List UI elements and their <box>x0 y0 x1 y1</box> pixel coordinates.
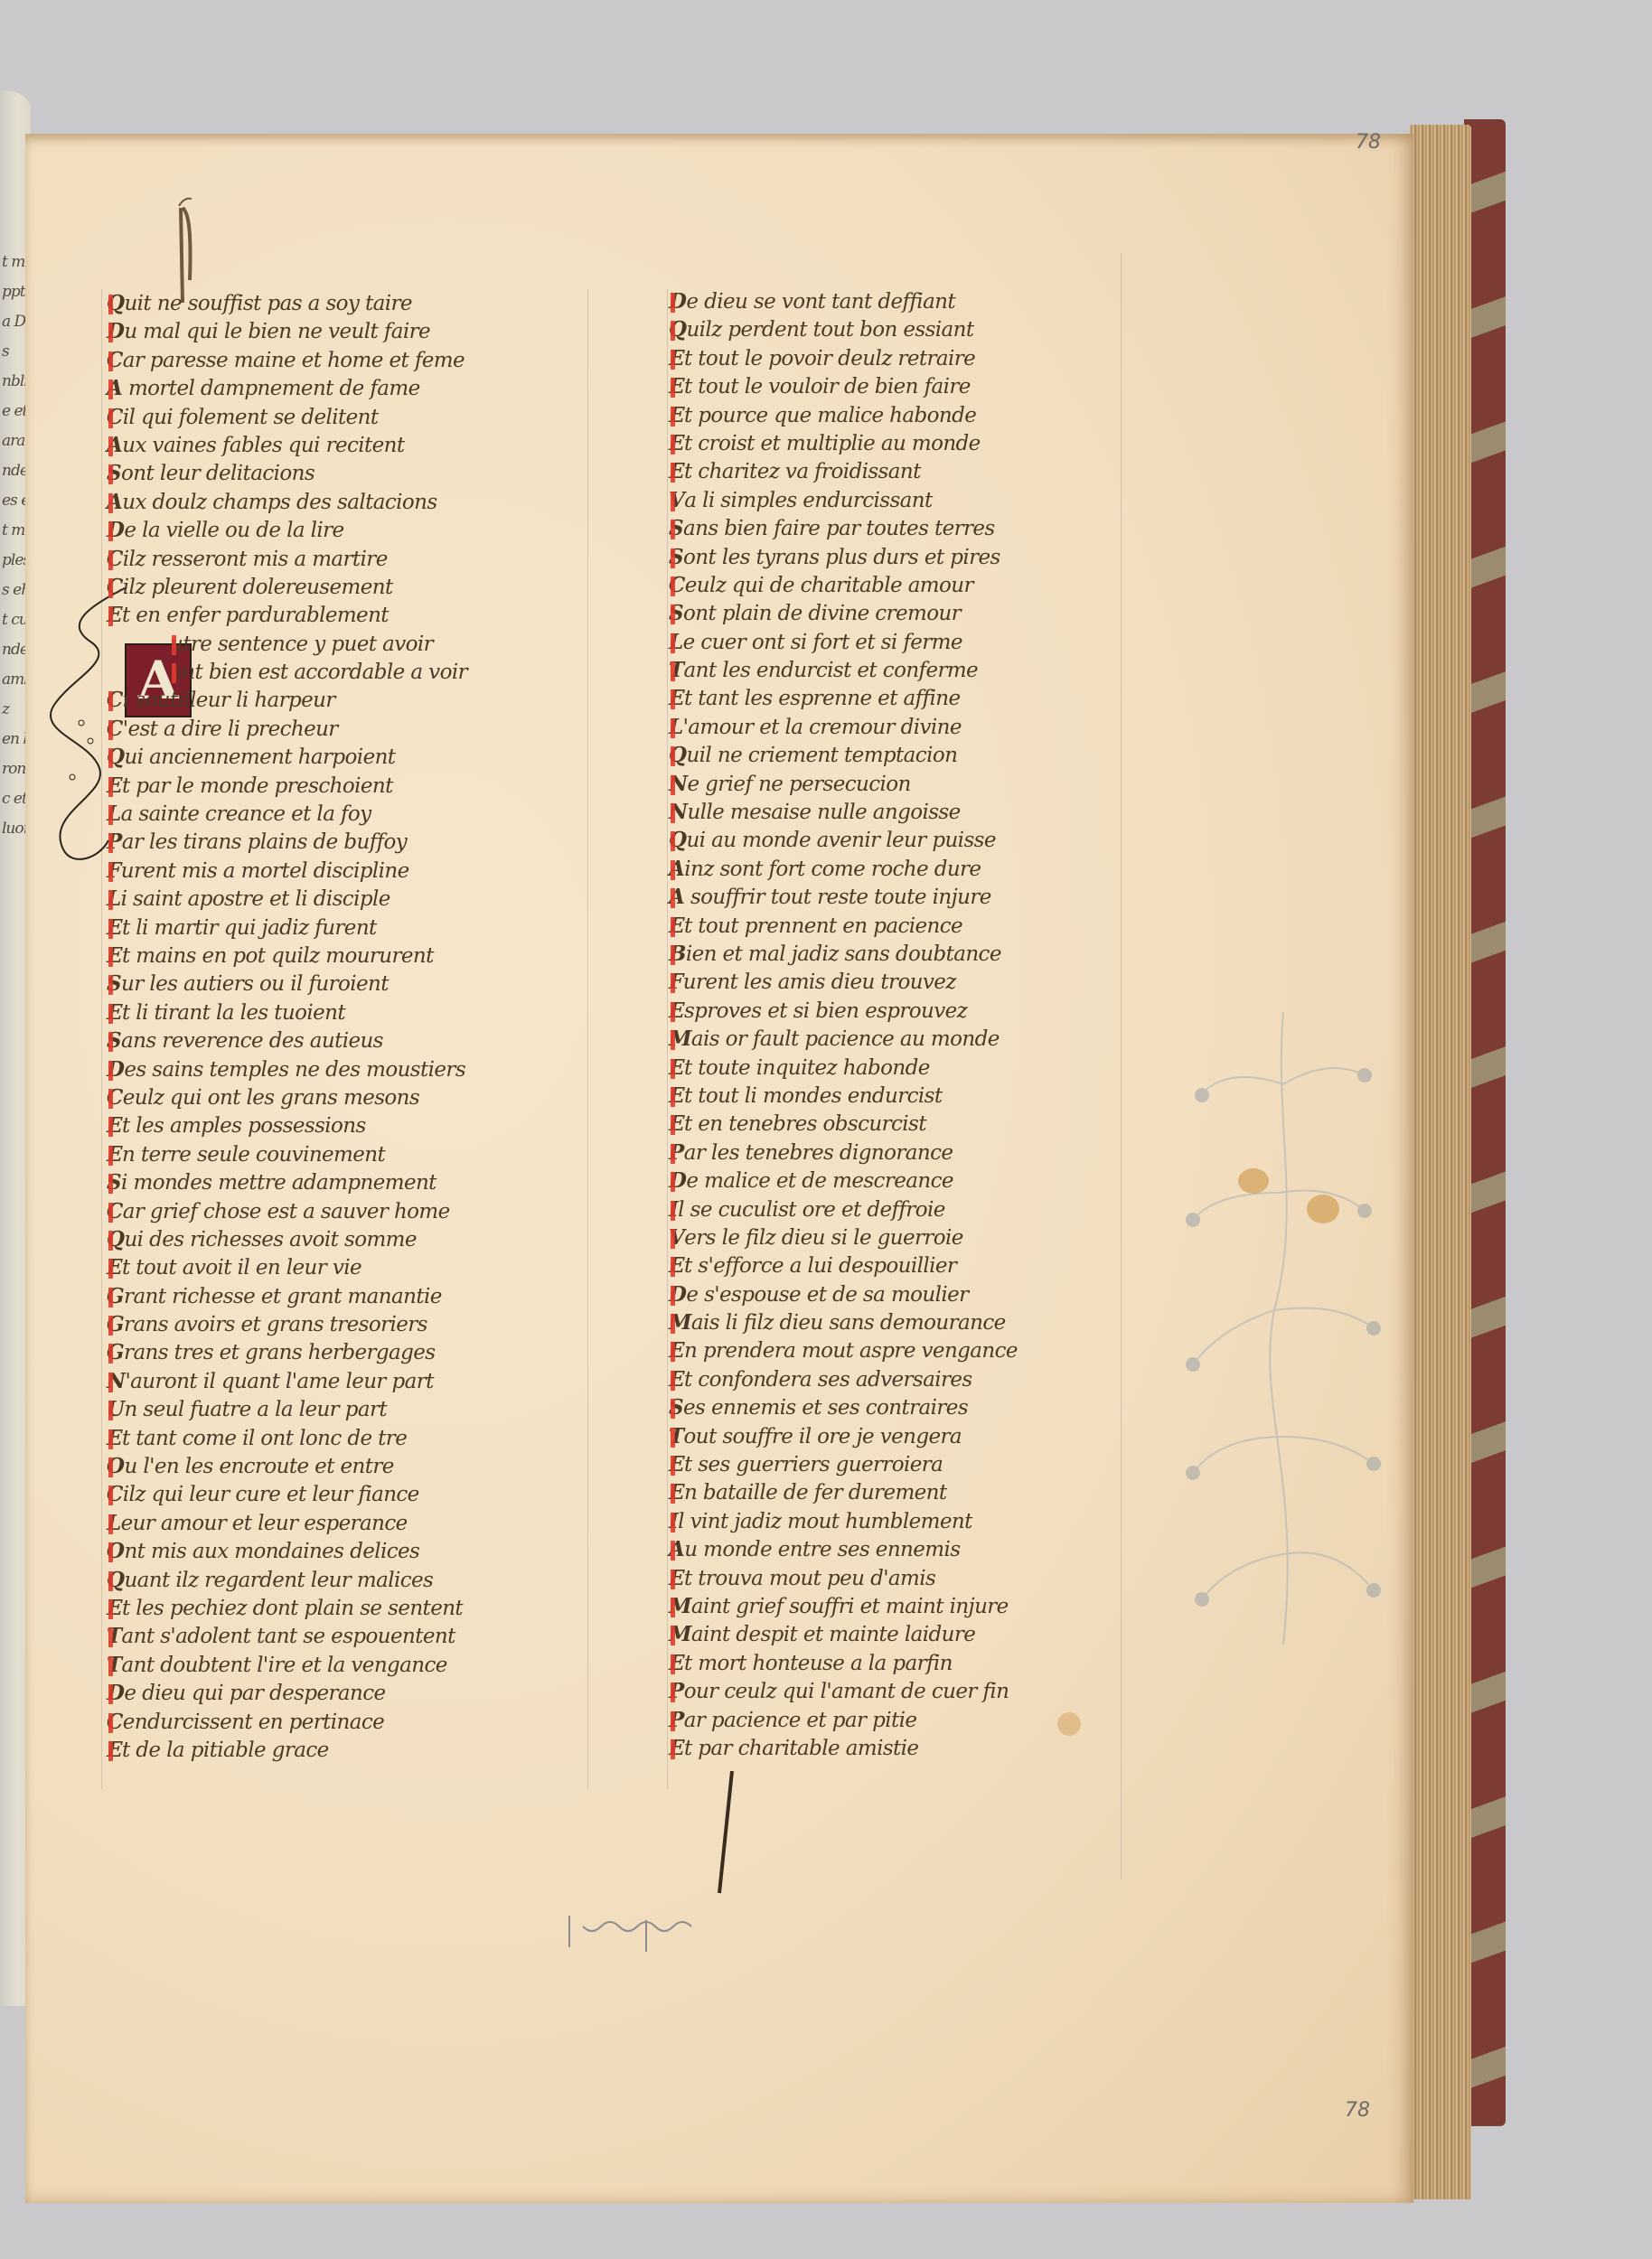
verse-text: l se cuculist ore et deffroie <box>678 1198 945 1222</box>
verse-text: u monde entre ses ennemis <box>684 1538 960 1561</box>
verse-line: Et de la pitiable grace <box>107 1736 595 1764</box>
rubricated-capital: C <box>669 573 685 597</box>
verse-line: Et par le monde preschoient <box>107 772 595 800</box>
rubricated-capital: C <box>107 1482 123 1506</box>
verse-text: t li tirant la les tuoient <box>122 1001 345 1025</box>
verse-text: ar pacience et par pitie <box>684 1709 917 1732</box>
verse-line: Sans bien faire par toutes terres <box>669 514 1139 542</box>
verse-text: t en tenebres obscurcist <box>684 1112 926 1136</box>
verse-text: ant les endurcist et conferme <box>684 659 979 682</box>
rubricated-capital: M <box>669 1622 691 1646</box>
verse-line: Et en tenebres obscurcist <box>669 1110 1139 1138</box>
verse-text: t tout prennent en pacience <box>684 914 962 938</box>
rubricated-capital: Q <box>107 1227 124 1251</box>
verse-line: Et ses guerriers guerroiera <box>669 1450 1139 1478</box>
verse-text: ans reverence des autieus <box>121 1029 383 1053</box>
rubricated-capital: A <box>107 433 122 457</box>
verse-text: inz sont fort come roche dure <box>684 858 981 881</box>
verse-text: ui des richesses avoit somme <box>124 1228 416 1251</box>
verse-text: t charitez va froidissant <box>684 460 921 483</box>
verse-text: nt mis aux mondaines delices <box>124 1540 419 1563</box>
verse-line: Des sains temples ne des moustiers <box>107 1055 595 1083</box>
verse-line: Et li tirant la les tuoient <box>107 998 595 1026</box>
rubricated-capital: E <box>669 1083 684 1108</box>
rubricated-capital: D <box>107 1681 124 1705</box>
verse-text: n seul fuatre a la leur part <box>124 1398 387 1421</box>
rubricated-capital: D <box>107 1057 124 1082</box>
verse-line: Mais or fault pacience au monde <box>669 1025 1139 1053</box>
verse-line: A souffrir tout reste toute injure <box>669 883 1139 911</box>
verse-text: t les pechiez dont plain se sentent <box>122 1597 463 1620</box>
verse-line: Tant les endurcist et conferme <box>669 656 1139 684</box>
verse-line: Cil qui folement se delitent <box>107 403 595 431</box>
folio-number-bottom: 78 <box>1345 2099 1370 2122</box>
rubricated-capital: C <box>107 348 123 372</box>
rubricated-capital: S <box>669 516 683 540</box>
verse-line: Cilz qui leur cure et leur fiance <box>107 1480 595 1508</box>
verse-line: Grans avoirs et grans tresoriers <box>107 1310 595 1338</box>
verse-text: eur amour et leur esperance <box>121 1512 408 1535</box>
verse-line: Grant richesse et grant manantie <box>107 1282 595 1310</box>
rubricated-capital: S <box>107 1028 121 1053</box>
rubricated-capital: P <box>107 830 122 854</box>
verse-text: t tant les esprenne et affine <box>684 687 961 710</box>
rubricated-capital: Q <box>669 317 686 342</box>
verse-text: t en enfer pardurablement <box>122 604 389 627</box>
verse-text: our ceulz qui l'amant de cuer fin <box>684 1680 1009 1703</box>
verse-line: Cilz resseront mis a martire <box>107 545 595 573</box>
descender-stroke <box>714 1771 741 1898</box>
verse-text: n prendera mout aspre vengance <box>684 1339 1018 1363</box>
rubricated-capital: V <box>669 488 684 512</box>
verse-line: Et toute inquitez habonde <box>669 1054 1139 1082</box>
verse-line: Maint despit et mainte laidure <box>669 1620 1139 1648</box>
verse-line: Tant doubtent l'ire et la vengance <box>107 1651 595 1679</box>
verse-line: Leur amour et leur esperance <box>107 1509 595 1537</box>
rubricated-capital: A <box>107 376 122 400</box>
rubricated-capital: E <box>669 1111 684 1136</box>
rubricated-capital: E <box>669 686 684 710</box>
verse-line: Et confondera ses adversaires <box>669 1365 1139 1393</box>
rubricated-capital: S <box>107 1170 121 1195</box>
verse-text: rans tres et grans herbergages <box>124 1341 435 1364</box>
verse-line: Si mondes mettre adampnement <box>107 1168 595 1196</box>
verse-text: urent les amis dieu trouvez <box>683 970 956 994</box>
rubricated-capital: E <box>107 1142 122 1167</box>
verse-text: ar grief chose est a sauver home <box>123 1200 450 1223</box>
verse-text: a li simples endurcissant <box>684 489 932 512</box>
stain-spot <box>1307 1195 1339 1223</box>
pencil-inscription-icon <box>551 1907 696 1952</box>
verse-text: eulz qui ont les grans mesons <box>123 1086 419 1110</box>
rubricated-capital: E <box>669 403 684 427</box>
verse-text: out souffre il ore je vengera <box>684 1425 962 1448</box>
verse-line: Et les amples possessions <box>107 1111 595 1139</box>
folio-number-top: 78 <box>1356 131 1381 154</box>
rubricated-capital: E <box>107 1426 122 1450</box>
verse-line: Et tout li mondes endurcist <box>669 1082 1139 1110</box>
rubricated-capital: C <box>107 575 123 599</box>
verse-text: ers le filz dieu si le guerroie <box>684 1226 963 1250</box>
verse-line: Par les tirans plains de buffoy <box>107 828 595 856</box>
verse-text: u mal qui le bien ne veult faire <box>124 320 430 343</box>
rubricated-capital: P <box>669 1679 684 1703</box>
verse-line: Il se cuculist ore et deffroie <box>669 1195 1139 1223</box>
verse-line: De dieu qui par desperance <box>107 1679 595 1707</box>
rubricated-capital: T <box>669 1424 684 1448</box>
verse-line: Quit ne souffist pas a soy taire <box>107 289 595 317</box>
verse-text: il qui folement se delitent <box>123 406 379 429</box>
verse-line: L'amour et la cremour divine <box>669 713 1139 741</box>
verse-line: Et tant les esprenne et affine <box>669 684 1139 712</box>
verse-line: Vers le filz dieu si le guerroie <box>669 1223 1139 1251</box>
verse-line: Tout souffre il ore je vengera <box>669 1422 1139 1450</box>
rubricated-capital: E <box>669 1338 684 1363</box>
verse-text: t tout le vouloir de bien faire <box>684 375 971 398</box>
rubricated-capital: E <box>107 943 122 968</box>
offset-floral-drawing <box>1166 1012 1401 1645</box>
verse-text: a sainte creance et la foy <box>121 802 371 826</box>
verse-text: ar les tenebres dignorance <box>684 1141 953 1165</box>
rubricated-capital: N <box>669 772 687 796</box>
verse-text: utre sentence y puet avoir <box>170 633 433 656</box>
verse-text: ont les tyrans plus durs et pires <box>683 546 1000 569</box>
rubricated-capital: C <box>107 1199 123 1223</box>
rubricated-capital: E <box>669 1651 684 1675</box>
verse-line: Quil ne criement temptacion <box>669 741 1139 769</box>
verse-text: ulle mesaise nulle angoisse <box>687 801 960 824</box>
verse-line: Bien et mal jadiz sans doubtance <box>669 940 1139 968</box>
rubricated-capital: E <box>107 1738 122 1762</box>
verse-line: Car grief chose est a sauver home <box>107 1197 595 1225</box>
rubricated-capital: M <box>669 1594 691 1618</box>
verse-text: rant richesse et grant manantie <box>124 1285 442 1308</box>
verse-text: aint grief souffri et maint injure <box>691 1595 1009 1618</box>
verse-text: n bataille de fer durement <box>684 1481 947 1504</box>
verse-text: ilz qui leur cure et leur fiance <box>123 1483 419 1506</box>
rubricated-capital: Q <box>107 745 124 769</box>
rubricated-capital: E <box>107 1000 122 1025</box>
rubricated-capital: O <box>107 1539 124 1563</box>
rubricated-capital: C <box>107 547 123 571</box>
verse-text: uant ilz regardent leur malices <box>124 1569 433 1592</box>
verse-text: t li martir qui jadiz furent <box>122 916 377 940</box>
rubricated-capital: E <box>107 1255 122 1279</box>
verse-line: Qui des richesses avoit somme <box>107 1225 595 1253</box>
verse-line: Ceulz qui ont les grans mesons <box>107 1083 595 1111</box>
verse-text: eulz qui de charitable amour <box>685 574 973 597</box>
verse-line: Ont mis aux mondaines delices <box>107 1537 595 1565</box>
rubricated-capital: N <box>107 1369 125 1393</box>
verse-text: ux doulz champs des saltacions <box>122 491 436 514</box>
verse-text: t les amples possessions <box>122 1114 366 1138</box>
verse-text: uil ne criement temptacion <box>686 744 957 767</box>
rubricated-capital: L <box>107 801 121 826</box>
rubricated-capital: E <box>669 1736 684 1760</box>
verse-text: ui anciennement harpoient <box>124 745 395 769</box>
verse-line: La sainte creance et la foy <box>107 800 595 828</box>
verse-text: ux vaines fables qui recitent <box>122 434 404 457</box>
verse-line: De la vielle ou de la lire <box>107 516 595 544</box>
verse-text: e la vielle ou de la lire <box>124 519 343 542</box>
verse-text: t trouva mout peu d'amis <box>684 1567 935 1590</box>
verse-line: Ainz sont fort come roche dure <box>669 855 1139 883</box>
rubricated-capital: V <box>669 1225 684 1250</box>
verse-line: En bataille de fer durement <box>669 1478 1139 1506</box>
verse-text: t de la pitiable grace <box>122 1739 329 1762</box>
verse-text: e grief ne persecucion <box>687 773 910 796</box>
rubricated-capital: S <box>669 601 683 625</box>
verse-line: Et par charitable amistie <box>669 1734 1139 1762</box>
verso-text-line: z <box>2 700 9 718</box>
verse-text: aint despit et mainte laidure <box>691 1623 975 1646</box>
verse-line: Aux vaines fables qui recitent <box>107 431 595 459</box>
rubricated-capital: C <box>107 1085 123 1110</box>
verse-text: ilz pleurent dolereusement <box>123 576 393 599</box>
rubricated-capital: D <box>669 1282 686 1307</box>
verse-text: t tant come il ont lonc de tre <box>122 1427 407 1450</box>
rubricated-capital: E <box>669 431 684 455</box>
verse-text: ont plain de divine cremour <box>683 602 961 625</box>
rubricated-capital: L <box>669 630 683 654</box>
verse-text: i saint apostre et li disciple <box>121 887 390 911</box>
verse-text: ans bien faire par toutes terres <box>683 517 995 540</box>
verse-line: Ceulz qui de charitable amour <box>669 571 1139 599</box>
verse-text: t mains en pot quilz moururent <box>122 944 434 968</box>
verse-text: es sains temples ne des moustiers <box>124 1058 465 1082</box>
verse-line: Esproves et si bien esprouvez <box>669 997 1139 1025</box>
verse-line: Et les pechiez dont plain se sentent <box>107 1594 595 1622</box>
verse-text: ont leur delitacions <box>121 462 314 485</box>
rubricated-capital: S <box>107 461 121 485</box>
verse-line: De dieu se vont tant deffiant <box>669 287 1139 315</box>
rubricated-capital: C <box>107 717 123 741</box>
verse-line: Et s'efforce a lui despouillier <box>669 1251 1139 1279</box>
rubricated-capital: F <box>669 970 683 994</box>
rubricated-capital: E <box>669 1253 684 1278</box>
verse-text: l vint jadiz mout humblement <box>678 1510 972 1533</box>
rubricated-capital: L <box>669 715 683 739</box>
verse-line: utre sentence y puet avoir <box>107 630 595 658</box>
verse-text: t toute inquitez habonde <box>684 1056 930 1080</box>
verse-text: e malice et de mescreance <box>686 1169 953 1193</box>
verse-line: Du mal qui le bien ne veult faire <box>107 317 595 345</box>
verse-text: rans avoirs et grans tresoriers <box>124 1313 427 1336</box>
rubricated-capital: Q <box>669 828 686 852</box>
rubricated-capital: A <box>107 490 122 514</box>
verse-line: Tant s'adolent tant se espouentent <box>107 1622 595 1650</box>
verse-line: Et tout avoit il en leur vie <box>107 1253 595 1281</box>
rubricated-capital: D <box>669 1168 686 1193</box>
verse-text: 'amour et la cremour divine <box>683 716 962 739</box>
rubricated-capital: S <box>107 971 121 996</box>
verse-line: Et tant come il ont lonc de tre <box>107 1424 595 1452</box>
verse-line: Ou l'en les encroute et entre <box>107 1452 595 1480</box>
verse-text: t tout avoit il en leur vie <box>122 1256 361 1279</box>
rubricated-capital: D <box>107 319 124 343</box>
verse-text: ar les tirans plains de buffoy <box>122 830 407 854</box>
verse-text: t pource que malice habonde <box>684 404 976 427</box>
verse-text: souffrir tout reste toute injure <box>684 886 990 909</box>
verse-text: uit ne souffist pas a soy taire <box>124 292 412 315</box>
rubricated-capital: L <box>107 886 121 911</box>
rubricated-capital: N <box>669 800 687 824</box>
verse-line: Et charitez va froidissant <box>669 457 1139 485</box>
verse-line: Ci soutilleur li harpeur <box>107 686 595 714</box>
rubricated-capital: T <box>107 1624 122 1648</box>
rubricated-capital: A <box>669 885 684 909</box>
rubricated-capital: A <box>669 857 684 881</box>
verse-line: Sont plain de divine cremour <box>669 599 1139 627</box>
page-fore-edge <box>1410 125 1471 2199</box>
rubricated-capital: C <box>107 405 123 429</box>
verse-line: Par les tenebres dignorance <box>669 1139 1139 1167</box>
verse-text: ilz resseront mis a martire <box>123 548 388 571</box>
verse-line: ont bien est accordable a voir <box>107 658 595 686</box>
stain-spot <box>1238 1168 1269 1194</box>
verse-text: 'est a dire li precheur <box>123 717 338 741</box>
verse-line: Li saint apostre et li disciple <box>107 885 595 913</box>
verse-line: Et tout prennent en pacience <box>669 912 1139 940</box>
verse-line: De s'espouse et de sa moulier <box>669 1280 1139 1308</box>
rubricated-capital: E <box>669 346 684 370</box>
verse-line: Car paresse maine et home et feme <box>107 346 595 374</box>
verso-text-line: s <box>2 342 9 361</box>
rubricated-capital: A <box>669 1537 684 1561</box>
verse-text: e s'espouse et de sa moulier <box>686 1283 968 1307</box>
verse-line: Un seul fuatre a la leur part <box>107 1395 595 1423</box>
ruling-line-left <box>101 289 102 1789</box>
rubricated-capital: E <box>669 459 684 483</box>
verse-text: ien et mal jadiz sans doubtance <box>686 942 1001 966</box>
rubricated-capital: U <box>107 1397 124 1421</box>
rubricated-capital: Q <box>107 1568 124 1592</box>
verse-line: Cilz pleurent dolereusement <box>107 573 595 601</box>
rubricated-capital: E <box>669 1480 684 1504</box>
verse-text: uilz perdent tout bon essiant <box>686 318 973 342</box>
verse-line: Sans reverence des autieus <box>107 1026 595 1055</box>
verse-line: Il vint jadiz mout humblement <box>669 1507 1139 1535</box>
rubricated-capital: L <box>107 1511 121 1535</box>
rubricated-capital: D <box>107 518 124 542</box>
verse-text: ar paresse maine et home et feme <box>123 349 465 372</box>
verse-line: Qui anciennement harpoient <box>107 743 595 771</box>
verse-text: t confondera ses adversaires <box>684 1368 972 1392</box>
verse-line: Et mort honteuse a la parfin <box>669 1649 1139 1677</box>
verse-text: u l'en les encroute et entre <box>124 1455 393 1478</box>
verse-text: urent mis a mortel discipline <box>121 859 409 883</box>
verse-text: endurcissent en pertinace <box>123 1711 384 1734</box>
verse-line: Furent les amis dieu trouvez <box>669 968 1139 996</box>
verse-text: ui au monde avenir leur puisse <box>686 829 995 852</box>
rubricated-capital: S <box>669 545 683 569</box>
verse-line: Grans tres et grans herbergages <box>107 1338 595 1366</box>
verse-text: ur les autiers ou il furoient <box>121 972 389 996</box>
rubricated-capital: G <box>107 1284 124 1308</box>
verse-line: Quant ilz regardent leur malices <box>107 1566 595 1594</box>
rubricated-capital: E <box>107 1113 122 1138</box>
verse-line: Et li martir qui jadiz furent <box>107 914 595 942</box>
verse-text: mortel dampnement de fame <box>122 377 419 400</box>
rubricated-capital: E <box>669 914 684 938</box>
verse-line: C'est a dire li precheur <box>107 715 595 743</box>
rubricated-capital: C <box>107 688 123 712</box>
verse-line: Mais li filz dieu sans demourance <box>669 1308 1139 1336</box>
verse-text: t ses guerriers guerroiera <box>684 1453 943 1476</box>
verso-text-line: ron <box>2 760 25 778</box>
rubricated-capital: B <box>669 942 686 966</box>
verse-line: Et pource que malice habonde <box>669 401 1139 429</box>
rubricated-capital: E <box>669 1566 684 1590</box>
verse-text: ais li filz dieu sans demourance <box>691 1311 1006 1335</box>
verse-line: En prendera mout aspre vengance <box>669 1336 1139 1364</box>
verse-text: es ennemis et ses contraires <box>683 1396 968 1420</box>
verse-text: ont bien est accordable a voir <box>170 661 467 684</box>
rubricated-capital: F <box>107 858 121 883</box>
verse-line: N'auront il quant l'ame leur part <box>107 1367 595 1395</box>
verse-text: ant doubtent l'ire et la vengance <box>122 1654 447 1677</box>
rubricated-capital: G <box>107 1340 124 1364</box>
verse-line: Sont les tyrans plus durs et pires <box>669 543 1139 571</box>
pencil-note <box>551 1907 696 1956</box>
rubricated-capital: M <box>669 1310 691 1335</box>
verse-text: t mort honteuse a la parfin <box>684 1652 953 1675</box>
verse-line: Et tout le vouloir de bien faire <box>669 372 1139 400</box>
verse-text: t croist et multiplie au monde <box>684 432 981 455</box>
verse-text: e dieu qui par desperance <box>124 1682 385 1705</box>
verse-text: ant s'adolent tant se espouentent <box>122 1625 455 1648</box>
verse-line: Et mains en pot quilz moururent <box>107 942 595 970</box>
rubricated-capital: T <box>669 658 684 682</box>
verse-text: sproves et si bien esprouvez <box>684 999 967 1023</box>
rubricated-capital: C <box>107 1710 123 1734</box>
verse-text: t tout le povoir deulz retraire <box>684 347 975 370</box>
verse-line: Cendurcissent en pertinace <box>107 1708 595 1736</box>
rubricated-capital: E <box>107 915 122 940</box>
verse-line: Sur les autiers ou il furoient <box>107 970 595 998</box>
verse-line: Nulle mesaise nulle angoisse <box>669 798 1139 826</box>
rubricated-capital: I <box>669 1197 678 1222</box>
rubricated-capital: E <box>669 1055 684 1080</box>
rubricated-capital: M <box>669 1026 691 1051</box>
verse-line: De malice et de mescreance <box>669 1167 1139 1195</box>
rubricated-capital: E <box>107 1596 122 1620</box>
verse-text: i soutilleur li harpeur <box>123 689 335 712</box>
verse-text: ais or fault pacience au monde <box>691 1027 1000 1051</box>
verse-line: Et trouva mout peu d'amis <box>669 1564 1139 1592</box>
verse-line: Ne grief ne persecucion <box>669 770 1139 798</box>
rubricated-capital: T <box>107 1653 122 1677</box>
verse-line: Le cuer ont si fort et si ferme <box>669 628 1139 656</box>
verse-line: A mortel dampnement de fame <box>107 374 595 402</box>
verse-line: Qui au monde avenir leur puisse <box>669 826 1139 854</box>
rubricated-capital: P <box>669 1708 684 1732</box>
verse-line: Furent mis a mortel discipline <box>107 857 595 885</box>
verse-line: Va li simples endurcissant <box>669 486 1139 514</box>
verse-line: Aux doulz champs des saltacions <box>107 488 595 516</box>
rubricated-capital: E <box>107 603 122 627</box>
verse-line: En terre seule couvinement <box>107 1140 595 1168</box>
verse-line: Par pacience et par pitie <box>669 1706 1139 1734</box>
verse-text: e cuer ont si fort et si ferme <box>683 631 962 654</box>
verse-line: Pour ceulz qui l'amant de cuer fin <box>669 1677 1139 1705</box>
left-text-column: Quit ne souffist pas a soy taireDu mal q… <box>107 289 595 1764</box>
rubricated-capital: S <box>669 1395 683 1420</box>
rubricated-capital: P <box>669 1140 684 1165</box>
verse-line: Au monde entre ses ennemis <box>669 1535 1139 1563</box>
verse-line: Maint grief souffri et maint injure <box>669 1592 1139 1620</box>
verse-line: Et croist et multiplie au monde <box>669 429 1139 457</box>
